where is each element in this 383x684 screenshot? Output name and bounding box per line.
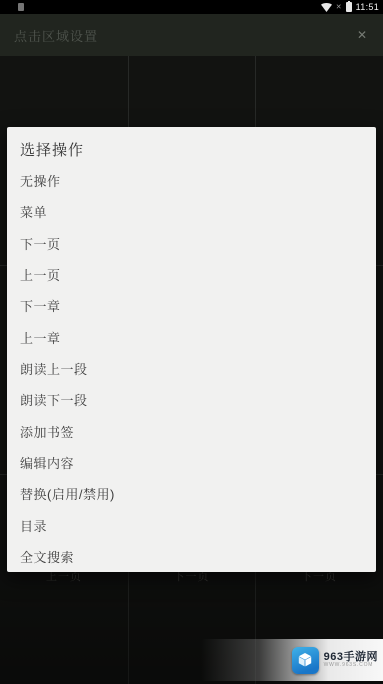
watermark-url: www.963s.com [324,663,374,669]
close-icon[interactable]: ✕ [355,24,369,46]
page-title: 点击区域设置 [14,26,98,45]
dialog-item-read-next-paragraph[interactable]: 朗读下一段 [7,384,376,415]
screen: ✕ 11:51 点击区域设置 ✕ 上一页 下一页 下一页 选择操作 无操作 菜单… [0,0,383,684]
notification-icon [18,3,24,11]
action-dialog: 选择操作 无操作 菜单 下一页 上一页 下一章 上一章 朗读上一段 朗读下一段 … [7,127,376,572]
dialog-item-add-bookmark[interactable]: 添加书签 [7,416,376,447]
963-logo-icon [292,647,319,674]
tap-zone-label[interactable]: 下一页 [255,570,383,584]
dialog-item-read-prev-paragraph[interactable]: 朗读上一段 [7,353,376,384]
dialog-item-next-chapter[interactable]: 下一章 [7,290,376,321]
dialog-item-fulltext-search[interactable]: 全文搜索 [7,541,376,572]
dialog-item-toc[interactable]: 目录 [7,509,376,540]
status-right-cluster: ✕ 11:51 [321,2,379,12]
watermark: 963手游网 www.963s.com [201,639,383,681]
toolbar: 点击区域设置 ✕ [0,14,383,56]
dialog-item-menu[interactable]: 菜单 [7,196,376,227]
tap-zone-label[interactable]: 上一页 [0,570,128,584]
dialog-item-no-action[interactable]: 无操作 [7,165,376,196]
dialog-action-list: 无操作 菜单 下一页 上一页 下一章 上一章 朗读上一段 朗读下一段 添加书签 … [7,165,376,572]
dialog-item-edit-content[interactable]: 编辑内容 [7,447,376,478]
status-time: 11:51 [356,2,379,12]
dialog-item-prev-chapter[interactable]: 上一章 [7,322,376,353]
watermark-text: 963手游网 www.963s.com [324,651,378,669]
dialog-item-next-page[interactable]: 下一页 [7,228,376,259]
wifi-icon [321,3,332,12]
dialog-title: 选择操作 [7,127,376,165]
dialog-item-prev-page[interactable]: 上一页 [7,259,376,290]
status-bar: ✕ 11:51 [0,0,383,14]
battery-icon [346,2,352,12]
dialog-item-replace-toggle[interactable]: 替换(启用/禁用) [7,478,376,509]
no-sim-icon: ✕ [336,4,342,11]
tap-zone-label[interactable]: 下一页 [128,570,255,584]
